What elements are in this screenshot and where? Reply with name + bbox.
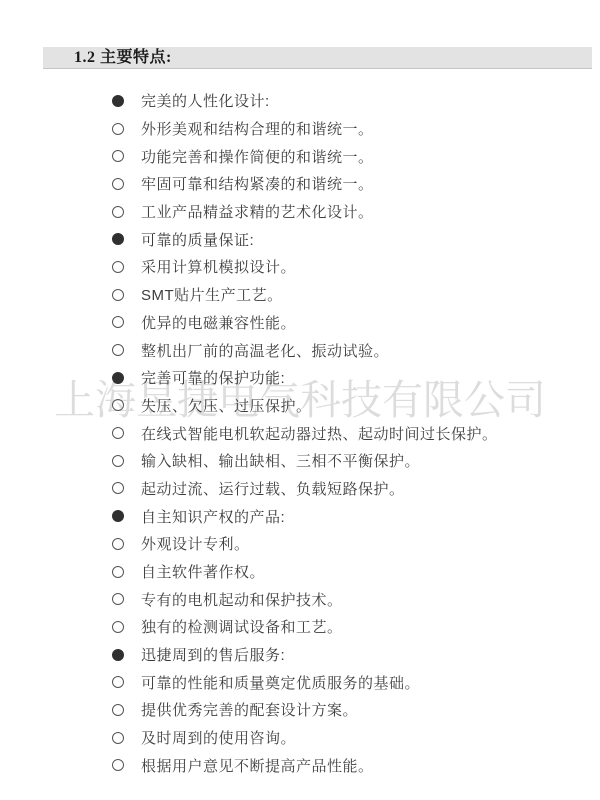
list-item: 及时周到的使用咨询。: [112, 724, 498, 752]
section-title: 自主知识产权的产品:: [141, 506, 285, 527]
list-item-text: 外形美观和结构合理的和谐统一。: [141, 118, 374, 139]
solid-bullet-icon: [112, 649, 124, 661]
list-item: 可靠的性能和质量奠定优质服务的基础。: [112, 668, 498, 696]
list-item: 提供优秀完善的配套设计方案。: [112, 696, 498, 724]
list-item-text: 起动过流、运行过载、负载短路保护。: [141, 478, 405, 499]
hollow-bullet-icon: [112, 178, 124, 190]
list-item-text: 可靠的性能和质量奠定优质服务的基础。: [141, 672, 420, 693]
solid-bullet-icon: [112, 372, 124, 384]
solid-bullet-icon: [112, 233, 124, 245]
list-item: 起动过流、运行过载、负载短路保护。: [112, 475, 498, 503]
list-item: 工业产品精益求精的艺术化设计。: [112, 198, 498, 226]
list-item: 优异的电磁兼容性能。: [112, 309, 498, 337]
section-title-row: 可靠的质量保证:: [112, 225, 498, 253]
solid-bullet-icon: [112, 510, 124, 522]
section-header-title: 1.2 主要特点:: [43, 47, 592, 68]
hollow-bullet-icon: [112, 621, 124, 633]
section-title-row: 完善可靠的保护功能:: [112, 364, 498, 392]
hollow-bullet-icon: [112, 123, 124, 135]
list-item: 外形美观和结构合理的和谐统一。: [112, 115, 498, 143]
section-title-row: 迅捷周到的售后服务:: [112, 641, 498, 669]
list-item-text: 及时周到的使用咨询。: [141, 727, 296, 748]
list-item-text: 专有的电机起动和保护技术。: [141, 589, 343, 610]
list-item: 功能完善和操作简便的和谐统一。: [112, 142, 498, 170]
list-item-text: 提供优秀完善的配套设计方案。: [141, 699, 358, 720]
hollow-bullet-icon: [112, 344, 124, 356]
list-item: 根据用户意见不断提高产品性能。: [112, 752, 498, 780]
section-title-row: 自主知识产权的产品:: [112, 502, 498, 530]
hollow-bullet-icon: [112, 759, 124, 771]
list-item-text: 采用计算机模拟设计。: [141, 256, 296, 277]
section-title: 完美的人性化设计:: [141, 90, 270, 111]
hollow-bullet-icon: [112, 316, 124, 328]
hollow-bullet-icon: [112, 732, 124, 744]
hollow-bullet-icon: [112, 455, 124, 467]
list-item-text: 功能完善和操作简便的和谐统一。: [141, 146, 374, 167]
list-item: 独有的检测调试设备和工艺。: [112, 613, 498, 641]
hollow-bullet-icon: [112, 427, 124, 439]
hollow-bullet-icon: [112, 399, 124, 411]
list-item: SMT贴片生产工艺。: [112, 281, 498, 309]
list-item-text: 输入缺相、输出缺相、三相不平衡保护。: [141, 450, 420, 471]
section-title: 完善可靠的保护功能:: [141, 367, 285, 388]
list-item: 整机出厂前的高温老化、振动试验。: [112, 336, 498, 364]
hollow-bullet-icon: [112, 482, 124, 494]
list-item-text: 失压、欠压、过压保护。: [141, 395, 312, 416]
list-item-text: 工业产品精益求精的艺术化设计。: [141, 201, 374, 222]
list-item: 采用计算机模拟设计。: [112, 253, 498, 281]
hollow-bullet-icon: [112, 289, 124, 301]
list-item: 外观设计专利。: [112, 530, 498, 558]
hollow-bullet-icon: [112, 593, 124, 605]
hollow-bullet-icon: [112, 704, 124, 716]
hollow-bullet-icon: [112, 676, 124, 688]
solid-bullet-icon: [112, 95, 124, 107]
list-item-text: 独有的检测调试设备和工艺。: [141, 616, 343, 637]
hollow-bullet-icon: [112, 206, 124, 218]
section-title-row: 完美的人性化设计:: [112, 87, 498, 115]
list-item: 自主软件著作权。: [112, 558, 498, 586]
section-header-bar: 1.2 主要特点:: [43, 47, 592, 69]
list-item-text: 根据用户意见不断提高产品性能。: [141, 755, 374, 776]
hollow-bullet-icon: [112, 261, 124, 273]
list-item-text: 外观设计专利。: [141, 533, 250, 554]
hollow-bullet-icon: [112, 566, 124, 578]
list-item-text: 在线式智能电机软起动器过热、起动时间过长保护。: [141, 423, 498, 444]
list-item: 输入缺相、输出缺相、三相不平衡保护。: [112, 447, 498, 475]
section-title: 可靠的质量保证:: [141, 229, 254, 250]
list-item-text: SMT贴片生产工艺。: [141, 284, 283, 305]
list-item-text: 整机出厂前的高温老化、振动试验。: [141, 340, 389, 361]
hollow-bullet-icon: [112, 150, 124, 162]
list-item: 在线式智能电机软起动器过热、起动时间过长保护。: [112, 419, 498, 447]
list-item-text: 优异的电磁兼容性能。: [141, 312, 296, 333]
section-title: 迅捷周到的售后服务:: [141, 644, 285, 665]
list-item-text: 自主软件著作权。: [141, 561, 265, 582]
hollow-bullet-icon: [112, 538, 124, 550]
list-item-text: 牢固可靠和结构紧凑的和谐统一。: [141, 173, 374, 194]
list-item: 牢固可靠和结构紧凑的和谐统一。: [112, 170, 498, 198]
feature-list: 完美的人性化设计: 外形美观和结构合理的和谐统一。 功能完善和操作简便的和谐统一…: [112, 87, 498, 779]
document-page: 1.2 主要特点: 上海昱捷电气科技有限公司 完美的人性化设计: 外形美观和结构…: [0, 0, 600, 800]
list-item: 专有的电机起动和保护技术。: [112, 585, 498, 613]
list-item: 失压、欠压、过压保护。: [112, 392, 498, 420]
